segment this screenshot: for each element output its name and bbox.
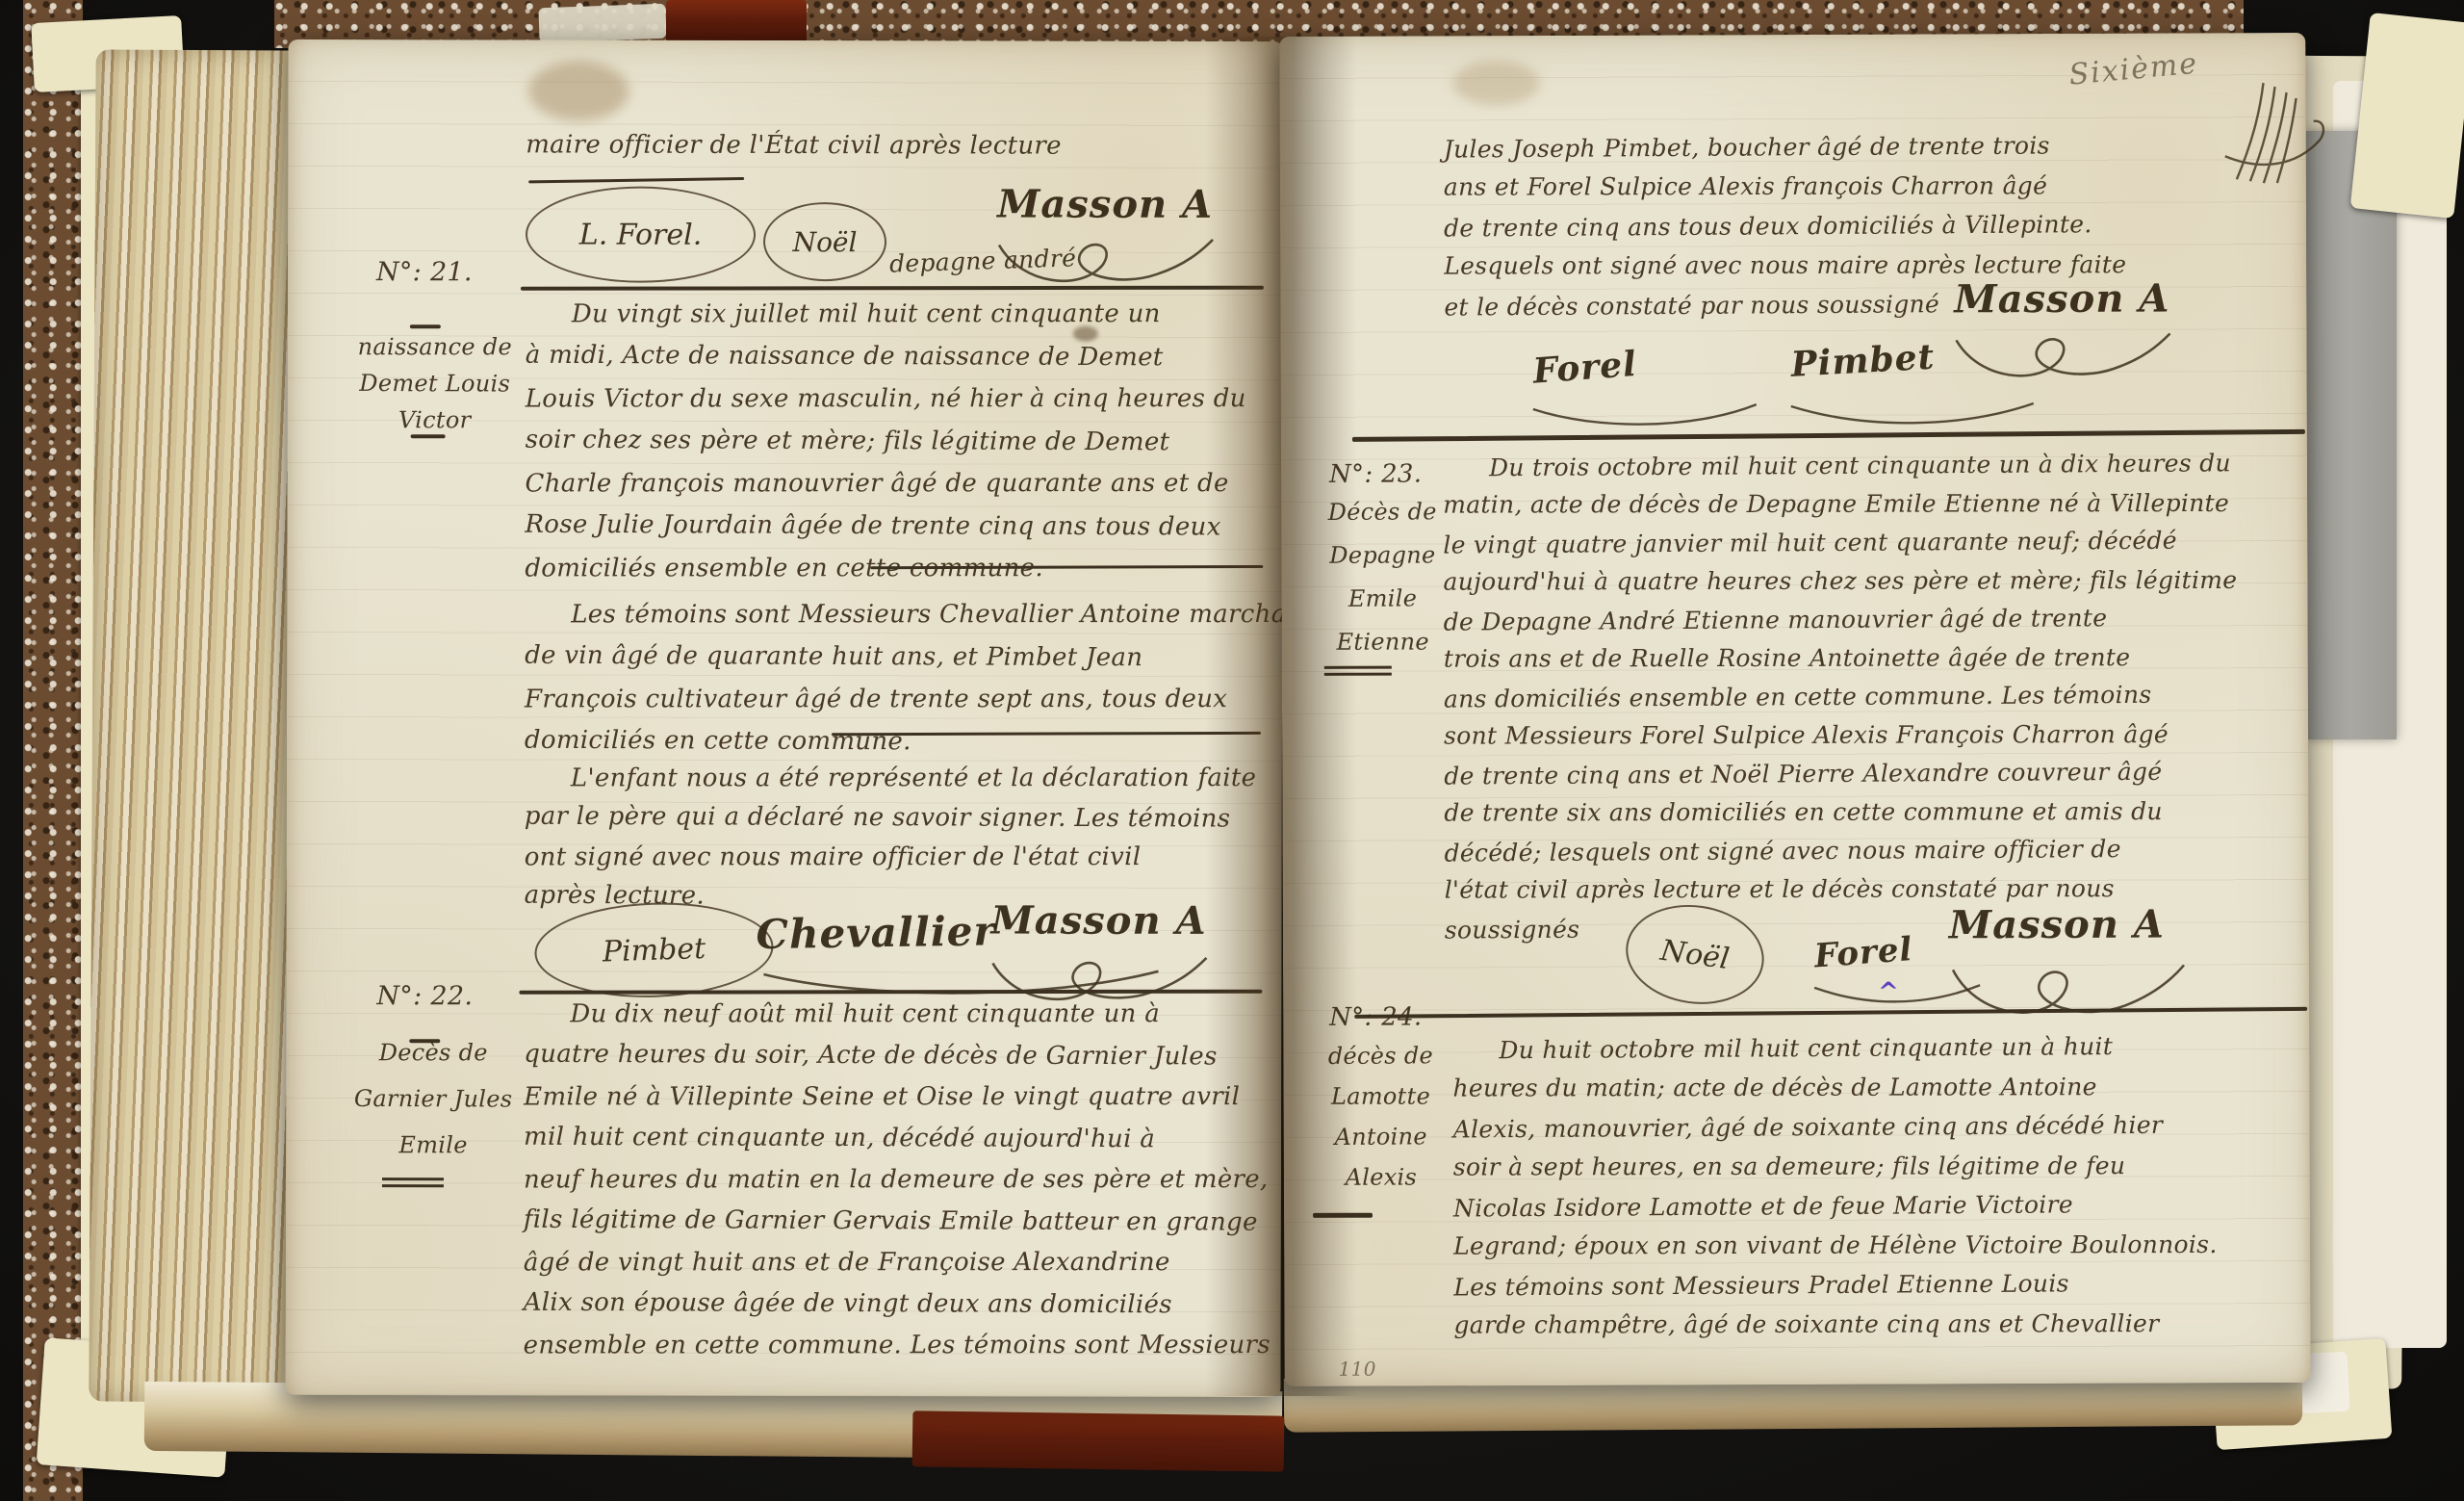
handwritten-line: Du dix neuf août mil huit cent cinquante… [524, 994, 1272, 1035]
handwritten-line: par le père qui a déclaré ne savoir sign… [525, 797, 1273, 840]
margin-dash [1313, 1213, 1373, 1218]
handwritten-line: neuf heures du matin en la demeure de se… [524, 1159, 1272, 1201]
left-marbled-cover [23, 0, 83, 1501]
handwritten-line: Antoine [1309, 1116, 1453, 1157]
left-page-stack-edges [89, 49, 303, 1402]
handwritten-line: sont Messieurs Forel Sulpice Alexis Fran… [1444, 715, 2302, 756]
entry-21-body: Du vingt six juillet mil huit cent cinqu… [525, 292, 1274, 590]
entry-22-number: N°: 22. [376, 981, 473, 1011]
handwritten-line: Du vingt six juillet mil huit cent cinqu… [526, 293, 1274, 335]
entry-23-number: N°: 23. [1329, 459, 1422, 488]
handwritten-line: Demet Louis [344, 365, 526, 402]
entry-24-margin-note: décès deLamotteAntoineAlexis [1308, 1035, 1453, 1198]
handwritten-line: Décès de [1310, 490, 1454, 534]
handwritten-line: Etienne [1311, 620, 1455, 663]
handwritten-line: l'état civil après lecture et le décès c… [1445, 869, 2303, 910]
handwritten-line: Depagne [1310, 533, 1454, 577]
handwritten-line: Jules Joseph Pimbet, boucher âgé de tren… [1444, 124, 2291, 169]
signature-noel: Noël [793, 226, 858, 258]
signature-flourish [1529, 402, 1760, 432]
handwritten-line: heures du matin; acte de décès de Lamott… [1452, 1067, 2299, 1108]
signature-noel-oval: Noël [763, 202, 886, 281]
signature-noel: Noël [1658, 933, 1732, 975]
handwritten-line: Les témoins sont Messieurs Chevallier An… [525, 593, 1273, 635]
handwritten-line: ont signé avec nous maire officier de l'… [525, 838, 1273, 877]
top-right-endpaper-corner [2350, 13, 2464, 219]
handwritten-line: Les témoins sont Messieurs Pradel Etienn… [1453, 1262, 2300, 1307]
bottom-spine-leather [912, 1410, 1285, 1471]
handwritten-line: L'enfant nous a été représenté et la déc… [525, 759, 1273, 798]
entry-21-witnesses: Les témoins sont Messieurs Chevallier An… [525, 592, 1273, 763]
entry-21-number: N°: 21. [376, 257, 473, 287]
handwritten-line: Louis Victor du sexe masculin, né hier à… [526, 377, 1274, 420]
signature-flourish [1947, 959, 2188, 1027]
entry-21-closing: L'enfant nous a été représenté et la déc… [525, 758, 1273, 918]
entry-22-body: Du dix neuf août mil huit cent cinquante… [524, 993, 1273, 1367]
handwritten-line: le vingt quatre janvier mil huit cent qu… [1443, 521, 2301, 565]
handwritten-line: aujourd'hui à quatre heures chez ses pèr… [1443, 561, 2301, 602]
signature-masson: Masson A [991, 897, 1207, 943]
handwritten-line: de trente cinq ans tous deux domiciliés … [1444, 203, 2291, 248]
signature-flourish [1952, 329, 2173, 388]
paper-stain [1452, 61, 1539, 105]
signature-forel: L. Forel. [579, 218, 703, 251]
grey-blotter-card [2306, 131, 2397, 739]
handwritten-line: Charle françois manouvrier âgé de quaran… [525, 462, 1273, 505]
entry-23-body: Du trois octobre mil huit cent cinquante… [1443, 445, 2303, 948]
signature-masson: Masson A [1954, 276, 2169, 323]
handwritten-line: Garnier Jules [332, 1075, 534, 1123]
handwritten-line: fils légitime de Garnier Gervais Emile b… [524, 1200, 1272, 1244]
top-spine-leather [666, 0, 807, 44]
signature-forel: Forel [1531, 344, 1638, 392]
entry-23-margin-note: Décès deDepagneEmileEtienne [1310, 490, 1455, 664]
handwritten-line: Du trois octobre mil huit cent cinquante… [1443, 444, 2301, 488]
violet-ink-mark: ^ [1878, 978, 1899, 1007]
handwritten-line: naissance de [344, 328, 526, 365]
handwritten-line: soir à sept heures, en sa demeure; fils … [1453, 1146, 2300, 1187]
top-torn-paper-patch [538, 4, 666, 43]
left-page: maire officier de l'État civil après lec… [286, 39, 1284, 1397]
short-rule [528, 177, 744, 183]
signature-flourish [1787, 400, 2038, 431]
handwritten-line: Alix son épouse âgée de vingt deux ans d… [524, 1282, 1272, 1327]
handwritten-line: Lamotte [1308, 1075, 1452, 1116]
handwritten-line: de trente cinq ans et Noël Pierre Alexan… [1444, 752, 2302, 796]
handwritten-line: ensemble en cette commune. Les témoins s… [524, 1325, 1272, 1366]
handwritten-line: Alexis [1309, 1156, 1453, 1197]
handwritten-line: décès de [1308, 1035, 1452, 1076]
handwritten-line: de Depagne André Etienne manouvrier âgé … [1444, 598, 2302, 642]
continuation-line: maire officier de l'État civil après lec… [526, 130, 1062, 160]
handwritten-line: âgé de vingt huit ans et de Françoise Al… [524, 1242, 1272, 1283]
handwritten-line: Du huit octobre mil huit cent cinquante … [1452, 1025, 2299, 1071]
paper-stain [528, 61, 629, 120]
signature-masson: Masson A [1949, 902, 2165, 948]
signature-masson: Masson A [997, 181, 1213, 226]
margin-double-dash [382, 1178, 444, 1187]
handwritten-line: mil huit cent cinquante un, décédé aujou… [524, 1117, 1272, 1161]
right-page: Sixième Jules Joseph Pimbet, boucher âgé… [1279, 33, 2310, 1386]
handwritten-line: décédé; lesquels ont signé avec nous mai… [1444, 829, 2302, 873]
handwritten-line: matin, acte de décès de Depagne Emile Et… [1443, 484, 2301, 525]
signature-forel-oval: L. Forel. [526, 186, 756, 283]
handwritten-line: Rose Julie Jourdain âgée de trente cinq … [525, 504, 1273, 549]
handwritten-line: Decès de [332, 1029, 534, 1075]
entry-22-margin-note: Decès deGarnier JulesEmile [332, 1029, 534, 1168]
handwritten-line: trois ans et de Ruelle Rosine Antoinette… [1444, 638, 2302, 679]
entry-24-number: N°: 24. [1329, 1002, 1422, 1031]
handwritten-line: de trente six ans domiciliés en cette co… [1444, 792, 2302, 833]
entry-21-margin-note: naissance deDemet LouisVictor [344, 328, 526, 438]
handwritten-line: Emile né à Villepinte Seine et Oise le v… [524, 1076, 1272, 1118]
handwritten-line: Victor [344, 401, 526, 438]
signature-chevallier: Chevallier [756, 907, 996, 958]
handwritten-line: Alexis, manouvrier, âgé de soixante cinq… [1453, 1104, 2300, 1150]
handwritten-line: Emile [332, 1122, 534, 1168]
handwritten-line: Emile [1310, 577, 1454, 621]
margin-double-dash [1324, 666, 1392, 676]
handwritten-line: garde champêtre, âgé de soixante cinq an… [1453, 1304, 2300, 1345]
entry-24-body: Du huit octobre mil huit cent cinquante … [1452, 1026, 2300, 1345]
handwritten-line: François cultivateur âgé de trente sept … [525, 678, 1273, 720]
handwritten-line: de vin âgé de quarante huit ans, et Pimb… [525, 634, 1273, 680]
handwritten-line: ans et Forel Sulpice Alexis françois Cha… [1444, 166, 2291, 207]
handwritten-line: Nicolas Isidore Lamotte et de feue Marie… [1453, 1183, 2300, 1229]
signature-pimbet: Pimbet [602, 931, 706, 968]
page-footer-number: 110 [1339, 1358, 1376, 1381]
handwritten-line: à midi, Acte de naissance de naissance d… [526, 334, 1274, 379]
signature-forel: Forel [1813, 930, 1914, 975]
signature-pimbet: Pimbet [1790, 337, 1937, 385]
register-book-photograph: maire officier de l'État civil après lec… [0, 0, 2464, 1501]
corner-note: Sixième [2067, 47, 2199, 92]
handwritten-line: ans domiciliés ensemble en cette commune… [1444, 675, 2302, 719]
handwritten-line: quatre heures du soir, Acte de décès de … [524, 1034, 1272, 1078]
handwritten-line: Legrand; époux en son vivant de Hélène V… [1453, 1225, 2300, 1266]
handwritten-line: soir chez ses père et mère; fils légitim… [526, 419, 1274, 464]
margin-dash [411, 434, 446, 438]
